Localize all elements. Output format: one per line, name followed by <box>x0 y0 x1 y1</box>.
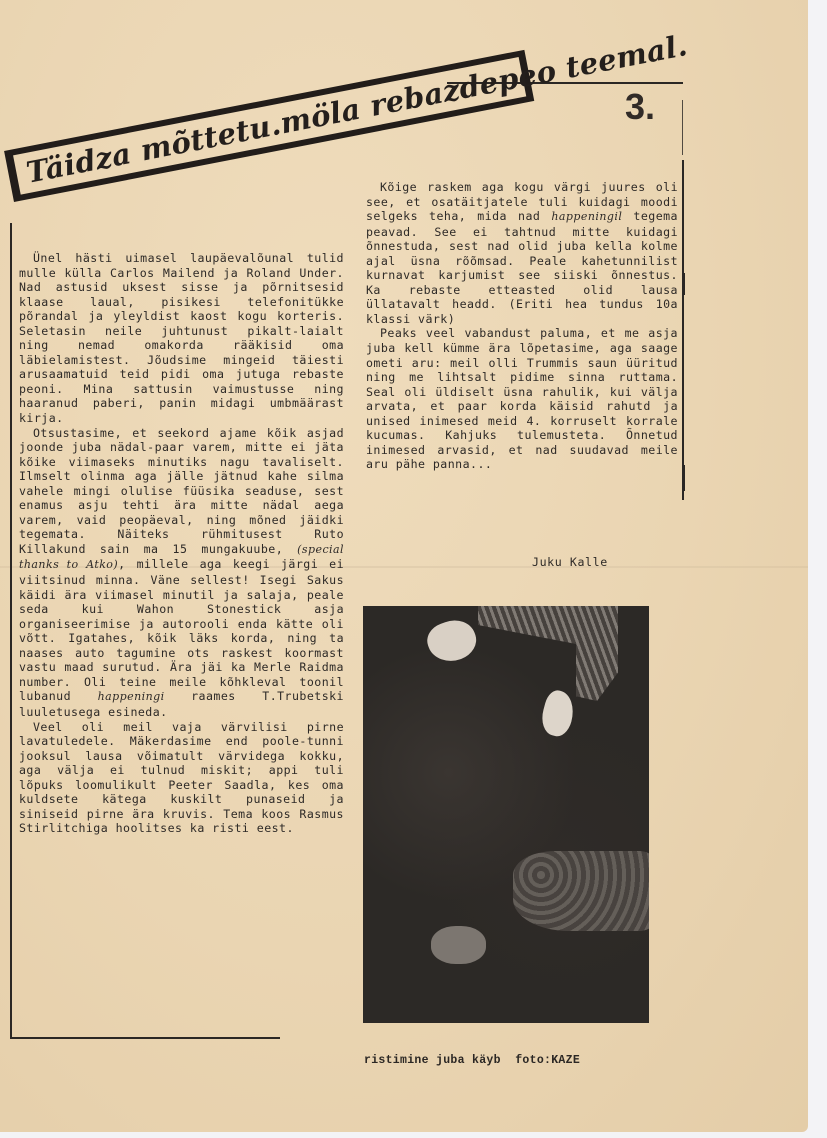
paragraph: Veel oli meil vaja värvilisi pirne lavat… <box>19 720 344 836</box>
bottom-frame-line <box>10 1037 280 1039</box>
article-photo <box>363 606 649 1023</box>
photo-striped-sleeve <box>478 606 618 701</box>
left-frame-line <box>10 223 12 1038</box>
right-frame-line <box>682 160 684 500</box>
paragraph: Kõige raskem aga kogu värgi juures oli s… <box>366 180 678 326</box>
page-number: 3. <box>625 86 655 128</box>
newsletter-page: 3. Täidza mõttetu.möla rebazdepeo teemal… <box>0 0 808 1132</box>
author-signature: Juku Kalle <box>532 555 608 569</box>
photo-hand <box>538 688 579 739</box>
paragraph: Ünel hästi uimasel laupäevalõunal tulid … <box>19 251 344 426</box>
photo-light-spot <box>431 926 486 964</box>
photo-hand <box>423 614 482 668</box>
headline-text: Täidza mõttetu.möla rebazdepeo teemal. <box>23 28 690 190</box>
photo-patterned-fabric <box>513 851 649 931</box>
paragraph: Otsustasime, et seekord ajame kõik asjad… <box>19 426 344 720</box>
photo-caption: ristimine juba käyb foto:KAZE <box>364 1054 580 1067</box>
right-frame-line-accent <box>684 465 685 491</box>
right-frame-line-accent <box>684 273 685 295</box>
article-right-column: Kõige raskem aga kogu värgi juures oli s… <box>366 180 678 472</box>
italic-term: happeningi <box>98 690 165 703</box>
article-left-column: Ünel hästi uimasel laupäevalõunal tulid … <box>19 251 344 836</box>
page-number-divider <box>682 100 683 155</box>
italic-term: happeningil <box>551 210 622 223</box>
paragraph: Peaks veel vabandust paluma, et me asja … <box>366 326 678 471</box>
